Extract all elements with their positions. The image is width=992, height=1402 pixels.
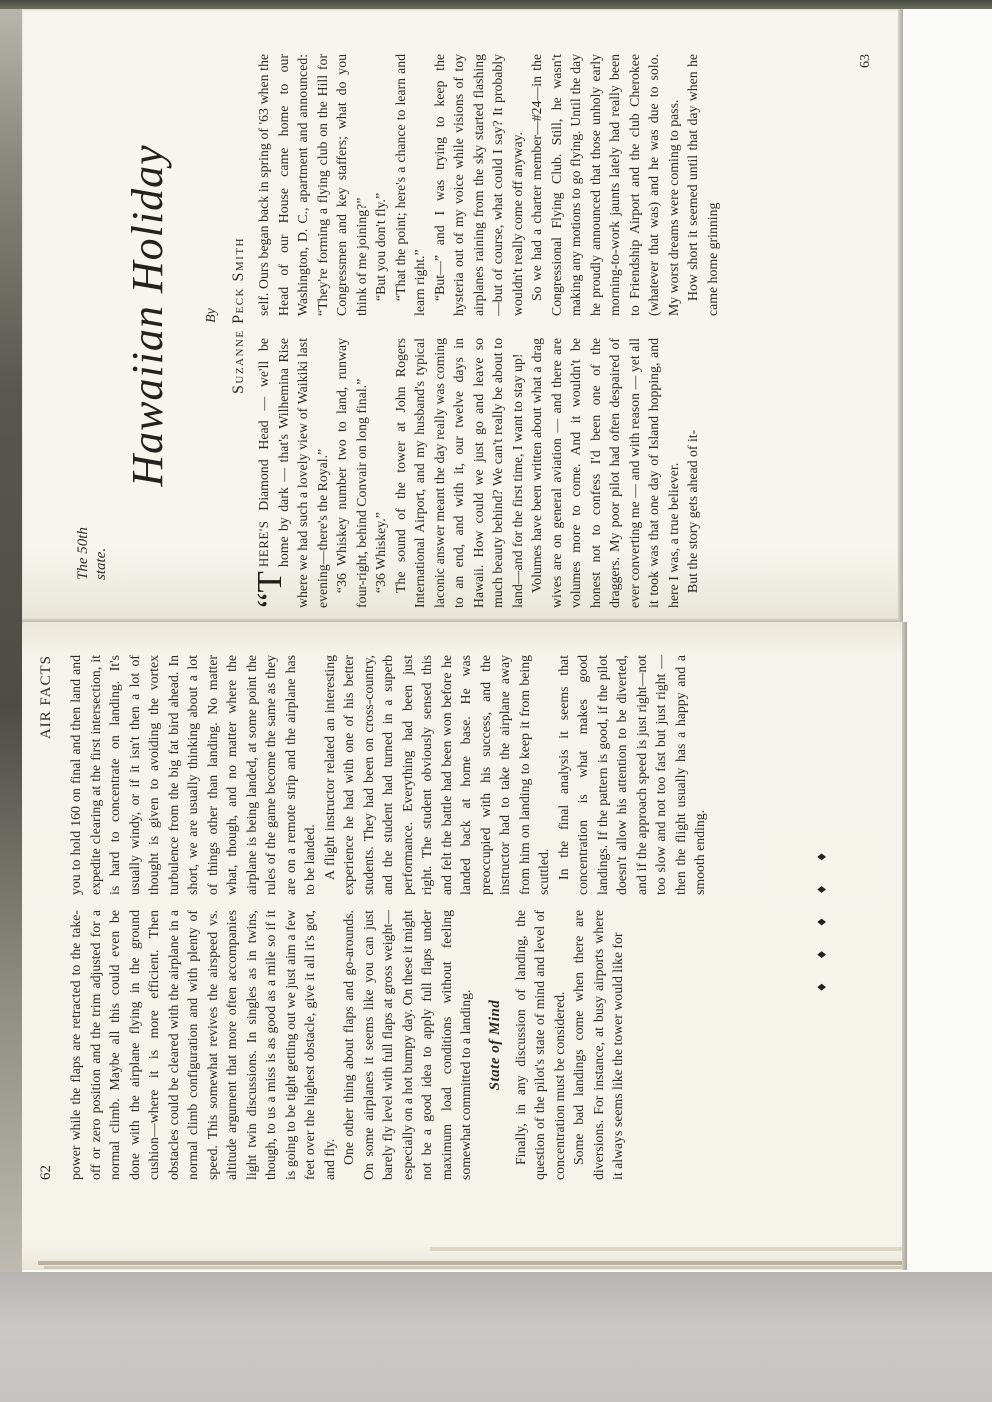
page-63-column-1: “THERE'S Diamond Head — we'll be home by… xyxy=(254,338,722,608)
paragraph: “But you don't fly.” xyxy=(371,54,391,316)
running-head-row: 62 AIR FACTS xyxy=(38,655,55,1180)
byline-prefix: By xyxy=(204,9,220,622)
book-scan: The 50th state. Hawaiian Holiday By Suza… xyxy=(0,0,992,1402)
page-number: 62 xyxy=(38,1165,55,1180)
page-62-column-2: you to hold 160 on final and then land a… xyxy=(66,655,710,895)
paragraph: you to hold 160 on final and then land a… xyxy=(66,655,320,895)
drop-cap: “T xyxy=(254,567,283,608)
kicker: The 50th state. xyxy=(74,527,110,580)
page-62-column-1: power while the flaps are retracted to t… xyxy=(66,910,710,1180)
page-63-column-2: self. Ours began back in spring of '63 w… xyxy=(254,54,722,316)
drop-cap-follow: HERE'S xyxy=(256,521,271,568)
page-62-fore-edge xyxy=(902,622,907,1270)
article-title: Hawaiian Holiday xyxy=(122,9,173,622)
page-number: 63 xyxy=(858,54,874,608)
paragraph: The sound of the tower at John Rogers In… xyxy=(391,338,528,608)
paragraph: One other thing about flaps and go-aroun… xyxy=(339,910,476,1180)
stacked-page-edge xyxy=(44,1266,902,1269)
paragraph: Finally, in any discussion of landing, t… xyxy=(511,910,570,1180)
kicker-line-2: state. xyxy=(92,527,110,580)
paragraph: “THERE'S Diamond Head — we'll be home by… xyxy=(254,338,332,608)
paragraph: power while the flaps are retracted to t… xyxy=(66,910,339,1180)
page-62-columns: power while the flaps are retracted to t… xyxy=(66,655,710,1180)
paragraph: Some bad landings come when there are di… xyxy=(569,910,628,1180)
paragraph: Volumes have been written about what a d… xyxy=(527,338,683,608)
paragraph: “36 Whiskey.” xyxy=(371,338,391,608)
paragraph: How short it seemed until that day when … xyxy=(683,54,722,316)
book-spine-shadow xyxy=(0,9,22,1276)
running-head: AIR FACTS xyxy=(38,655,55,739)
author-name: Suzanne Peck Smith xyxy=(230,9,248,622)
stacked-page-edge xyxy=(430,1247,902,1251)
paragraph: A flight instructor related an interesti… xyxy=(320,655,554,895)
page-63: The 50th state. Hawaiian Holiday By Suza… xyxy=(22,9,900,622)
page-62: 62 AIR FACTS power while the flaps are r… xyxy=(22,622,906,1270)
paragraph: So we had a charter member—#24—in the Co… xyxy=(527,54,683,316)
paragraph: “That the point; here's a chance to lear… xyxy=(391,54,430,316)
stacked-page-edge xyxy=(38,1261,902,1265)
scanner-background xyxy=(0,1272,992,1402)
end-dingbat-diamonds: ♦ ♦ ♦ ♦ ♦ xyxy=(815,655,829,1180)
page-62-scan: 62 AIR FACTS power while the flaps are r… xyxy=(22,622,906,1270)
section-heading: State of Mind xyxy=(487,910,504,1180)
paragraph: But the story gets ahead of it- xyxy=(683,338,703,608)
page-63-scan: The 50th state. Hawaiian Holiday By Suza… xyxy=(22,9,900,622)
paragraph: In the final analysis it seems that conc… xyxy=(554,655,710,895)
page-63-fore-edge xyxy=(898,9,903,622)
kicker-line-1: The 50th xyxy=(74,527,92,580)
paragraph: self. Ours began back in spring of '63 w… xyxy=(254,54,371,316)
paragraph: “36 Whiskey number two to land, runway f… xyxy=(332,338,371,608)
book-top-edge xyxy=(0,0,992,9)
paragraph: “But—” and I was trying to keep the hyst… xyxy=(430,54,528,316)
page-63-columns: “THERE'S Diamond Head — we'll be home by… xyxy=(254,54,722,608)
